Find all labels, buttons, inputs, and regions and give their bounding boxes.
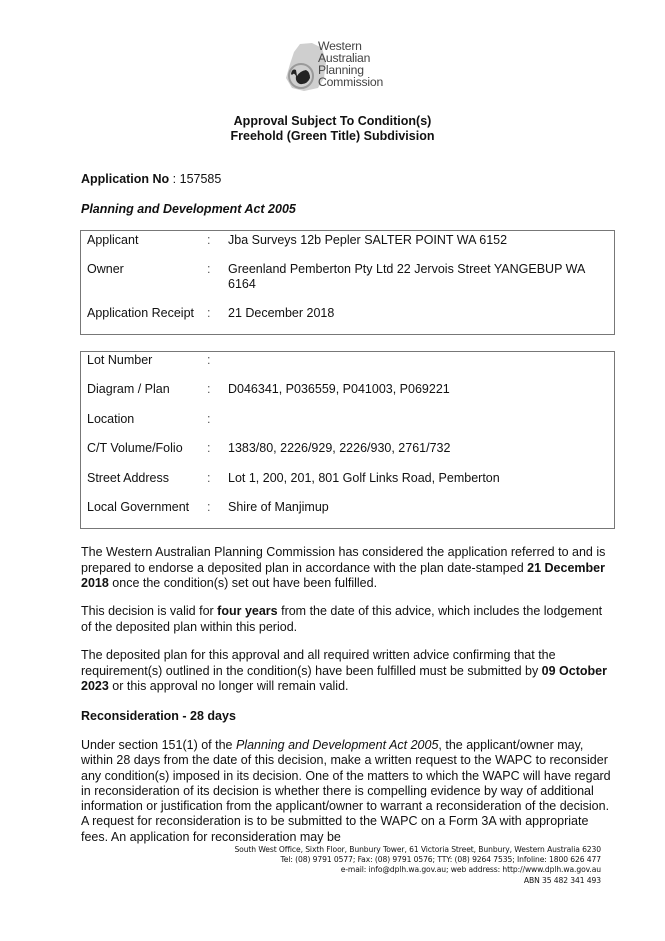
field-value: Jba Surveys 12b Pepler SALTER POINT WA 6… (228, 233, 608, 248)
text: or this approval no longer will remain v… (109, 679, 349, 693)
text: The deposited plan for this approval and… (81, 648, 556, 678)
act-title: Planning and Development Act 2005 (81, 202, 296, 216)
wapc-logo: Western Australian Planning Commission (282, 40, 407, 95)
document-title: Approval Subject To Condition(s) (0, 113, 665, 129)
application-number: Application No : 157585 (81, 172, 221, 186)
text: Under section 151(1) of the (81, 738, 236, 752)
footer-phones: Tel: (08) 9791 0577; Fax: (08) 9791 0576… (234, 855, 601, 865)
field-colon: : (207, 382, 210, 397)
property-details-box: Lot Number : Diagram / Plan : D046341, P… (80, 351, 615, 529)
applicant-details-box: Applicant : Jba Surveys 12b Pepler SALTE… (80, 230, 615, 335)
footer-address: South West Office, Sixth Floor, Bunbury … (234, 845, 601, 855)
validity-paragraph: This decision is valid for four years fr… (81, 604, 613, 635)
logo-text: Western Australian Planning Commission (318, 40, 383, 88)
field-value: Lot 1, 200, 201, 801 Golf Links Road, Pe… (228, 471, 608, 486)
field-label: Location (87, 412, 202, 427)
field-label: Street Address (87, 471, 202, 486)
text: , the applicant/owner may, within 28 day… (81, 738, 611, 844)
reconsideration-heading: Reconsideration - 28 days (81, 709, 236, 723)
footer-contact: e-mail: info@dplh.wa.gov.au; web address… (234, 865, 601, 875)
document-subtitle: Freehold (Green Title) Subdivision (0, 128, 665, 144)
field-colon: : (207, 441, 210, 456)
field-colon: : (207, 306, 210, 321)
reconsideration-paragraph: Under section 151(1) of the Planning and… (81, 738, 613, 845)
field-value: Shire of Manjimup (228, 500, 608, 515)
text: This decision is valid for (81, 604, 217, 618)
footer-abn: ABN 35 482 341 493 (234, 876, 601, 886)
separator: : (169, 172, 179, 186)
field-label: Owner (87, 262, 202, 277)
office-footer: South West Office, Sixth Floor, Bunbury … (234, 845, 601, 886)
field-value: 1383/80, 2226/929, 2226/930, 2761/732 (228, 441, 608, 456)
application-number-label: Application No (81, 172, 169, 186)
field-label: Applicant (87, 233, 202, 248)
field-value: 21 December 2018 (228, 306, 608, 321)
field-label: Lot Number (87, 353, 202, 368)
field-label: Diagram / Plan (87, 382, 202, 397)
application-number-value: 157585 (180, 172, 222, 186)
act-reference: Planning and Development Act 2005 (236, 738, 438, 752)
field-colon: : (207, 233, 210, 248)
field-label: Local Government (87, 500, 202, 515)
text: once the condition(s) set out have been … (109, 576, 377, 590)
approval-paragraph: The Western Australian Planning Commissi… (81, 545, 613, 592)
validity-period: four years (217, 604, 277, 618)
field-colon: : (207, 262, 210, 277)
field-colon: : (207, 500, 210, 515)
field-colon: : (207, 471, 210, 486)
field-label: C/T Volume/Folio (87, 441, 202, 456)
field-colon: : (207, 353, 210, 368)
field-value: D046341, P036559, P041003, P069221 (228, 382, 608, 397)
field-label: Application Receipt (87, 306, 202, 321)
field-value: Greenland Pemberton Pty Ltd 22 Jervois S… (228, 262, 608, 292)
field-colon: : (207, 412, 210, 427)
deadline-paragraph: The deposited plan for this approval and… (81, 648, 613, 695)
logo-line: Commission (318, 76, 383, 88)
